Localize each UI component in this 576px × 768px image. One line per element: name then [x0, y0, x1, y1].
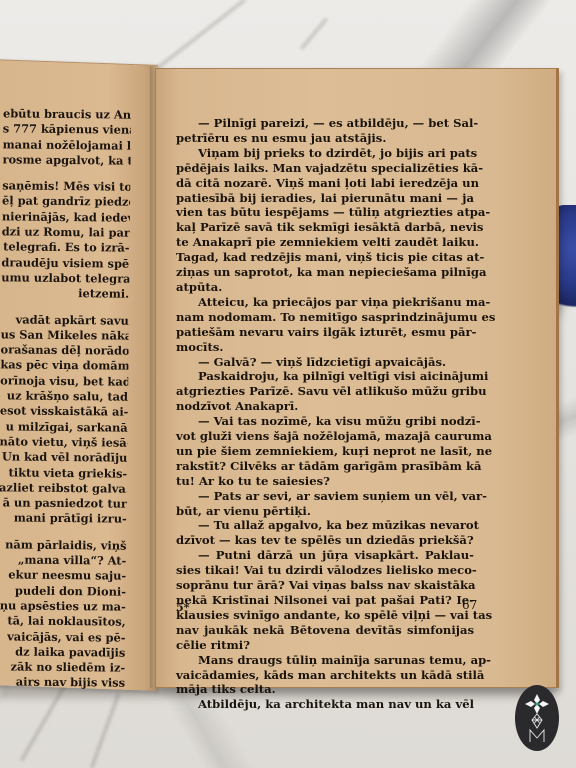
right-page-text: — Pilnīgi pareizi, — es atbildēju, — bet… [176, 116, 474, 712]
text-line: dzi uz Romu, lai parā- [2, 224, 130, 241]
text-line: dz laika pavadījis [0, 644, 125, 661]
page-number: 67 [462, 598, 477, 612]
text-line: orīnoja visu, bet kad [0, 373, 128, 390]
text-line: ņu apsēsties uz ma- [0, 598, 126, 615]
text-line: — Tu allaž apgalvo, ka bez mūzikas nevar… [176, 518, 474, 533]
text-line: dā citā nozarē. Viņš mani ļoti labi iere… [176, 176, 474, 191]
text-line: — Vai tas nozīmē, ka visu mūžu gribi nod… [176, 414, 474, 429]
text-line: vaicādamies, kāds man architekts un kādā… [176, 668, 474, 683]
text-line: us San Mikeles nāka- [1, 327, 129, 344]
text-line: orašanas dēļ norādot [0, 342, 128, 359]
text-line: — Galvā? — viņš līdzcietīgi apvaicājās. [176, 355, 474, 370]
text-line: atgriezties Parīzē. Savu vēl atlikušo mū… [176, 384, 474, 399]
text-line: cēlie ritmi? [176, 638, 474, 653]
left-page-text: ebūtu braucis uz Ana-s 777 kāpienus vien… [0, 106, 131, 691]
text-line: un pie šiem zemniekiem, kuŗi neprot ne l… [176, 444, 474, 459]
text-line: ēļ pat gandrīz piedzē- [2, 194, 130, 211]
text-line: uz krāšņo salu, tad [0, 388, 128, 405]
floral-monogram-badge-icon [522, 692, 552, 744]
text-line: s 777 kāpienus vienam [3, 122, 131, 139]
text-line: nam nodomam. To nemitīgo sasprindzinājum… [176, 310, 474, 325]
text-line: nām pārlaidis, viņš [0, 537, 127, 554]
text-line: pēdējais laiks. Man vajadzētu specializē… [176, 161, 474, 176]
text-line: patiesībā bij ieradies, lai pierunātu ma… [176, 191, 474, 206]
text-line: petrīēru es nu esmu jau atstājis. [176, 131, 474, 146]
text-line: mocīts. [176, 340, 474, 355]
text-line: tā, lai noklausītos, [0, 614, 126, 631]
text-line: ziņas un saprotot, ka man nepieciešama p… [176, 265, 474, 280]
text-line: Un kad vēl norādīju [0, 450, 127, 467]
text-line: Mans draugs tūliņ mainīja sarunas temu, … [176, 653, 474, 668]
text-line: umu uzlabot telegra- [1, 270, 129, 287]
text-line: soprānu tur ārā? Vai viņas balss nav ska… [176, 578, 474, 593]
text-line: vadāt apkārt savu [1, 312, 129, 329]
text-line: nāto vietu, viņš iesā- [0, 434, 128, 451]
text-line: draudēju visiem spē- [1, 255, 129, 272]
text-line: pudeli don Dioni- [0, 583, 126, 600]
text-line: rakstīt? Cilvēks ar tādām garīgām prasīb… [176, 459, 474, 474]
text-line: vaicājās, vai es pē- [0, 629, 126, 646]
text-line: ā un pasniedzot tur [0, 495, 127, 512]
text-line: manai nožēlojamai lig- [3, 137, 131, 154]
text-line: te Anakaprī pie zemniekiem velti zaudēt … [176, 235, 474, 250]
text-line: Paskaidroju, ka pilnīgi veltīgi visi aic… [176, 369, 474, 384]
text-line: nekā Kristīnai Nilsonei vai pat pašai Pa… [176, 593, 474, 608]
text-line: tiktu vieta griekis- [0, 465, 127, 482]
text-line: patiešām nevaru vairs ilgāk izturēt, esm… [176, 325, 474, 340]
text-line: tu! Ar ko tu te saiesies? [176, 474, 474, 489]
text-line: — Pats ar sevi, ar saviem suņiem un vēl,… [176, 489, 474, 504]
text-line: ebūtu braucis uz Ana- [3, 106, 131, 123]
text-line: nodzīvot Anakaprī. [176, 399, 474, 414]
text-line: klausies svinīgo andante, ko spēlē viļņi… [176, 608, 474, 623]
text-line: Atteicu, ka priecājos par viņa piekrišan… [176, 295, 474, 310]
text-line: ekur neesmu saju- [0, 568, 126, 585]
text-line: vot gluži viens šajā nožēlojamā, mazajā … [176, 429, 474, 444]
signature-mark: 5* [176, 601, 189, 614]
text-line: azliet reibstot galva. [0, 480, 127, 497]
text-line: saņēmis! Mēs visi to [2, 179, 130, 196]
text-line: atpūta. [176, 280, 474, 295]
text-line: Viņam bij prieks to dzirdēt, jo bijis ar… [176, 146, 474, 161]
text-line: Tagad, kad redzējis mani, viņš ticis pie… [176, 250, 474, 265]
text-line: telegrafi. Es to izrā- [2, 240, 130, 257]
text-line: māja tiks celta. [176, 682, 474, 697]
text-line: airs nav bijis viss [0, 675, 125, 692]
text-line: sies tikai! Vai tu dzirdi vālodzes lieli… [176, 563, 474, 578]
text-line: dzīvot — kas tev te spēlēs un dziedās pr… [176, 533, 474, 548]
text-line: nav jaukāk nekā Bētovena devītās simfoni… [176, 623, 474, 638]
text-line: vien tas būtu iespējams — tūliņ atgriezt… [176, 205, 474, 220]
text-line: „mana villa“? At- [0, 552, 126, 569]
text-line: kaļ Parīzē savā tik sekmīgi iesāktā darb… [176, 220, 474, 235]
text-line: — Putni dārzā un jūŗa visapkārt. Paklau- [176, 548, 474, 563]
text-line: rosme apgalvot, ka te- [2, 152, 130, 169]
text-line: u milzīgai, sarkanā [0, 419, 128, 436]
text-line: kas pēc viņa domām [0, 358, 128, 375]
watermark-badge [515, 685, 559, 751]
text-line: Atbildēju, ka architekta man nav un ka v… [176, 697, 474, 712]
text-line: zāk no sliedēm iz- [0, 659, 125, 676]
text-line: nierinājās, kad iedevu [2, 209, 130, 226]
text-line: būt, ar vienu pērtiķi. [176, 504, 474, 519]
text-line: — Pilnīgi pareizi, — es atbildēju, — bet… [176, 116, 474, 131]
text-line: ietzemi. [1, 286, 129, 303]
text-line: esot visskaistākā ai- [0, 404, 128, 421]
text-line: mani prātīgi izru- [0, 511, 127, 528]
